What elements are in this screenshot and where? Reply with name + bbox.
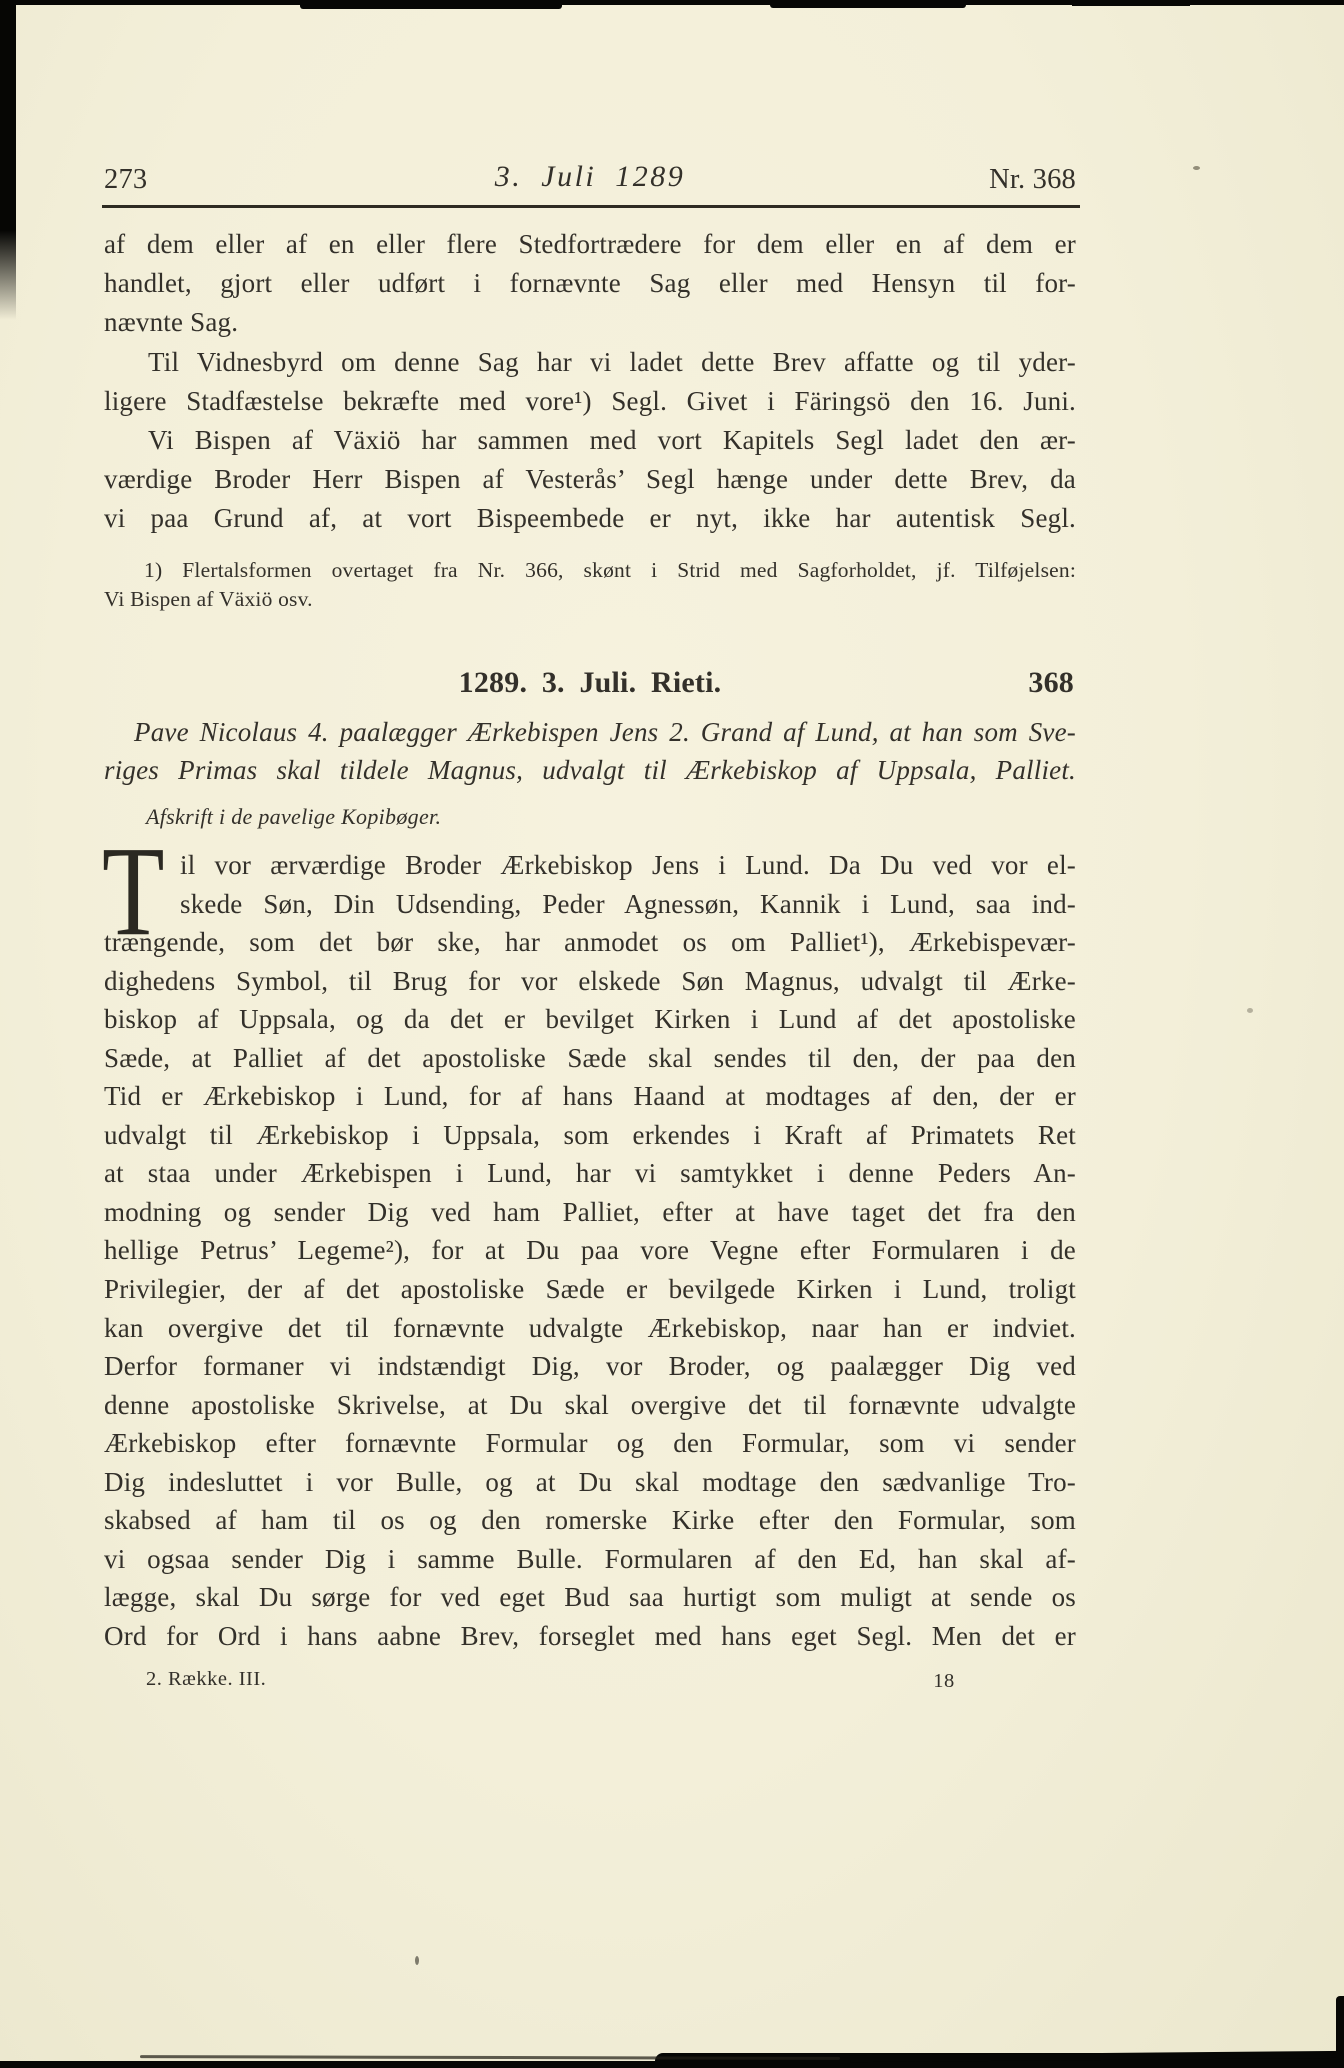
text-line: Sæde, at Palliet af det apostoliske Sæde…	[104, 1039, 1076, 1078]
text-line: skede Søn, Din Udsending, Peder Agnessøn…	[104, 885, 1076, 924]
scan-top-edge-segment	[770, 0, 966, 8]
document-number: 368	[1028, 666, 1074, 700]
scan-top-edge-segment	[300, 0, 562, 9]
text-line: handlet, gjort eller udført i fornævnte …	[104, 264, 1076, 303]
text-line: Ord for Ord i hans aabne Brev, forseglet…	[104, 1617, 1076, 1656]
text-line: kan overgive det til fornævnte udvalgte …	[104, 1309, 1076, 1348]
text-line: Tid er Ærkebiskop i Lund, for af hans Ha…	[104, 1077, 1076, 1116]
document-summary: Pave Nicolaus 4. paalægger Ærkebispen Je…	[104, 714, 1076, 789]
text-line: Til Vidnesbyrd om denne Sag har vi ladet…	[104, 343, 1076, 382]
series-volume-label: 2. Række. III.	[146, 1668, 266, 1691]
header-rule	[102, 205, 1080, 208]
scan-top-edge-segment	[1072, 0, 1190, 6]
text-line: vi paa Grund af, at vort Bispeembede er …	[104, 499, 1076, 538]
text-line: Dig indesluttet i vor Bulle, og at Du sk…	[104, 1463, 1076, 1502]
text-line: Vi Bispen af Växiö har sammen med vort K…	[104, 421, 1076, 460]
paper-speck	[1193, 166, 1200, 170]
paper-speck	[415, 1956, 419, 1965]
text-line: modning og sender Dig ved ham Palliet, e…	[104, 1193, 1076, 1232]
text-line: hellige Petrus’ Legeme²), for at Du paa …	[104, 1231, 1076, 1270]
running-header: 273 3. Juli 1289 Nr. 368	[104, 160, 1076, 204]
previous-document-text: af dem eller af en eller flere Stedfortr…	[104, 225, 1076, 539]
text-line: dighedens Symbol, til Brug for vor elske…	[104, 962, 1076, 1001]
document-date-heading: 1289. 3. Juli. Rieti.	[104, 666, 1076, 700]
running-header-doc-ref: Nr. 368	[989, 164, 1076, 196]
text-line: Derfor formaner vi indstændigt Dig, vor …	[104, 1347, 1076, 1386]
sheet-signature-number: 18	[919, 1670, 969, 1693]
text-line: lægge, skal Du sørge for ved eget Bud sa…	[104, 1578, 1076, 1617]
page-footer: 2. Række. III. 18	[104, 1668, 1076, 1698]
text-line: Pave Nicolaus 4. paalægger Ærkebispen Je…	[104, 714, 1076, 752]
text-line: udvalgt til Ærkebiskop i Uppsala, som er…	[104, 1116, 1076, 1155]
text-column: 273 3. Juli 1289 Nr. 368 af dem eller af…	[104, 0, 1076, 2068]
text-line: skabsed af ham til os og den romerske Ki…	[104, 1501, 1076, 1540]
text-line: nævnte Sag.	[104, 303, 1076, 342]
text-line: denne apostoliske Skrivelse, at Du skal …	[104, 1386, 1076, 1425]
document-body-text: il vor ærværdige Broder Ærkebiskop Jens …	[104, 846, 1076, 1655]
text-line: at staa under Ærkebispen i Lund, har vi …	[104, 1154, 1076, 1193]
text-line: il vor ærværdige Broder Ærkebiskop Jens …	[104, 846, 1076, 885]
running-header-date: 3. Juli 1289	[104, 160, 1076, 194]
text-line: vi ogsaa sender Dig i samme Bulle. Formu…	[104, 1540, 1076, 1579]
text-line: biskop af Uppsala, og da det er bevilget…	[104, 1000, 1076, 1039]
text-line: værdige Broder Herr Bispen af Vesterås’ …	[104, 460, 1076, 499]
text-line: af dem eller af en eller flere Stedfortr…	[104, 225, 1076, 264]
paper-speck	[1247, 1008, 1253, 1013]
text-line: ligere Stadfæstelse bekræfte med vore¹) …	[104, 382, 1076, 421]
text-line: Ærkebiskop efter fornævnte Formular og d…	[104, 1424, 1076, 1463]
text-line: Privilegier, der af det apostoliske Sæde…	[104, 1270, 1076, 1309]
scan-bottom-right-corner	[1336, 1996, 1344, 2068]
text-line: 1) Flertalsformen overtaget fra Nr. 366,…	[104, 556, 1076, 585]
text-line: Vi Bispen af Växiö osv.	[104, 585, 1076, 614]
source-note: Afskrift i de pavelige Kopibøger.	[104, 804, 1076, 830]
footnote: 1) Flertalsformen overtaget fra Nr. 366,…	[104, 556, 1076, 613]
document-heading-row: 1289. 3. Juli. Rieti. 368	[104, 666, 1076, 710]
text-line: trængende, som det bør ske, har anmodet …	[104, 923, 1076, 962]
text-line: riges Primas skal tildele Magnus, udvalg…	[104, 752, 1076, 790]
scan-left-edge	[0, 0, 16, 320]
